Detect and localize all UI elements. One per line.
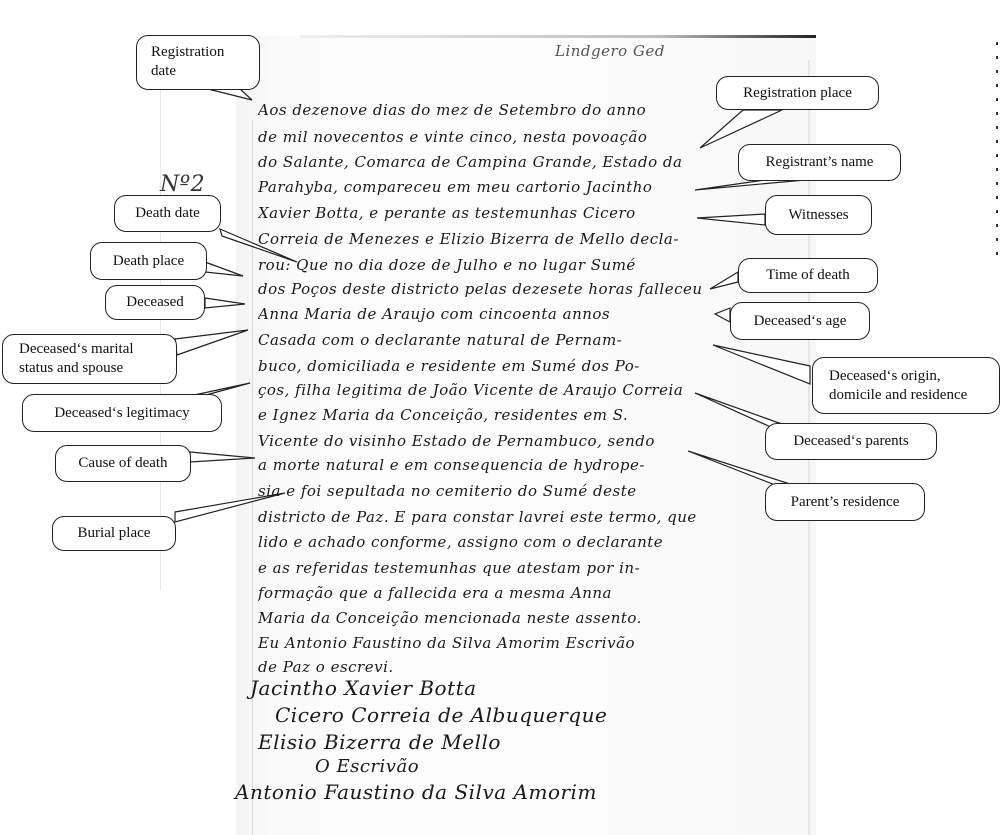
callout-parents: Deceased‘s parents [765, 423, 937, 460]
callout-registration-place: Registration place [716, 76, 879, 110]
record-line: lido e achado conforme, assigno com o de… [258, 533, 713, 551]
page-margin-rule [252, 120, 253, 835]
record-line: Parahyba, compareceu em meu cartorio Jac… [258, 178, 713, 196]
record-line: de Paz o escrevi. [258, 658, 713, 676]
callout-death-date: Death date [114, 195, 221, 232]
signature-witness-1: Cicero Correia de Albuquerque [275, 703, 607, 727]
record-line: buco, domiciliada e residente em Sumé do… [258, 357, 713, 375]
header-note: Lindgero Ged [555, 42, 665, 60]
record-line: a morte natural e em consequencia de hyd… [258, 456, 713, 474]
callout-registrant-name: Registrant’s name [738, 144, 901, 181]
record-line: e as referidas testemunhas que atestam p… [258, 559, 713, 577]
callout-deceased-age: Deceased‘s age [730, 302, 870, 340]
entry-number: Nº2 [160, 172, 205, 197]
record-line: de mil novecentos e vinte cinco, nesta p… [258, 128, 713, 146]
callout-deceased: Deceased [105, 285, 205, 320]
signature-clerk: Antonio Faustino da Silva Amorim [235, 780, 597, 804]
callout-legitimacy: Deceased‘s legitimacy [22, 394, 222, 432]
callout-marital-status: Deceased‘s marital status and spouse [2, 334, 177, 384]
annotated-death-record: Lindgero Ged Nº2 Aos dezenove dias do me… [0, 0, 1000, 835]
record-line: districto de Paz. E para constar lavrei … [258, 508, 713, 526]
page-top-edge [300, 35, 816, 38]
record-line: sia e foi sepultada no cemiterio do Sumé… [258, 482, 713, 500]
cropped-adjacent-text [996, 42, 1000, 282]
record-line: rou: Que no dia doze de Julho e no lugar… [258, 256, 713, 274]
record-line: Correia de Menezes e Elizio Bizerra de M… [258, 230, 713, 248]
record-line: Eu Antonio Faustino da Silva Amorim Escr… [258, 634, 713, 652]
signature-clerk-title: O Escrivão [315, 756, 419, 777]
record-line: formação que a fallecida era a mesma Ann… [258, 584, 713, 602]
callout-origin-residence: Deceased‘s origin, domicile and residenc… [812, 357, 1000, 414]
record-line: dos Poços deste districto pelas dezesete… [258, 280, 713, 298]
callout-registration-date: Registration date [136, 35, 260, 90]
record-line: Xavier Botta, e perante as testemunhas C… [258, 204, 713, 222]
callout-witnesses: Witnesses [765, 195, 872, 235]
callout-death-place: Death place [90, 242, 207, 280]
record-line: ços, filha legitima de João Vicente de A… [258, 381, 713, 399]
callout-parents-residence: Parent’s residence [765, 483, 925, 521]
record-line: Maria da Conceição mencionada neste asse… [258, 609, 713, 627]
record-line: Casada com o declarante natural de Perna… [258, 331, 713, 349]
callout-cause-of-death: Cause of death [55, 445, 191, 482]
record-line: Vicente do visinho Estado de Pernambuco,… [258, 432, 713, 450]
record-line: e Ignez Maria da Conceição, residentes e… [258, 406, 713, 424]
record-line: do Salante, Comarca de Campina Grande, E… [258, 153, 713, 171]
callout-time-of-death: Time of death [738, 258, 878, 293]
callout-burial-place: Burial place [52, 516, 176, 551]
record-line: Aos dezenove dias do mez de Setembro do … [258, 101, 713, 119]
signature-witness-2: Elisio Bizerra de Mello [258, 730, 501, 754]
signature-declarant: Jacintho Xavier Botta [250, 676, 477, 700]
record-line: Anna Maria de Araujo com cincoenta annos [258, 305, 713, 323]
